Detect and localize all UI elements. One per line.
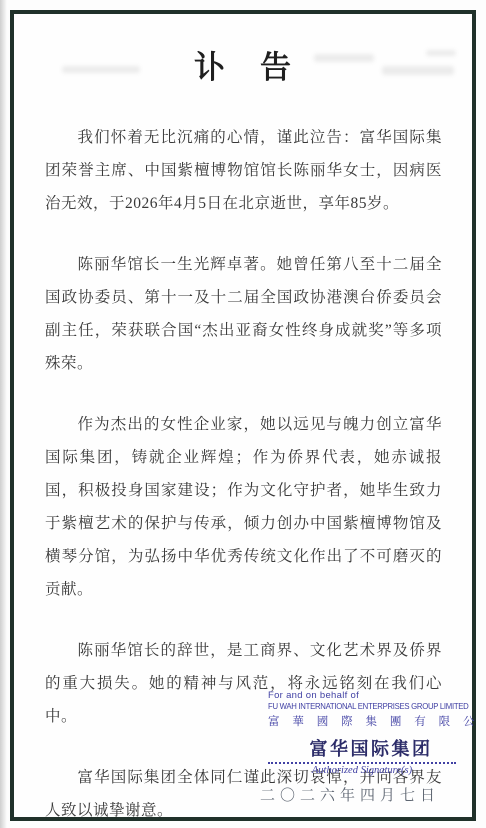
- obituary-title: 讣 告: [45, 42, 442, 87]
- obituary-paragraph: 我们怀着无比沉痛的心情，谨此泣告：富华国际集团荣誉主席、中国紫檀博物馆馆长陈丽华…: [45, 121, 442, 220]
- obituary-scan: { "document": { "title": "讣 告", "paragra…: [0, 0, 486, 828]
- company-stamp: For and on behalf of FU WAH INTERNATIONA…: [268, 690, 456, 776]
- stamp-company-name-cn: 富 華 國 際 集 團 有 限 公 司: [268, 713, 456, 729]
- obituary-date: 二〇二六年四月七日: [260, 784, 440, 805]
- signature-dotted-line: [268, 762, 456, 764]
- authorized-signature-label: Authorized Signature(s): [268, 765, 456, 776]
- obituary-page-frame: 讣 告 我们怀着无比沉痛的心情，谨此泣告：富华国际集团荣誉主席、中国紫檀博物馆馆…: [10, 10, 476, 821]
- obituary-paragraph: 陈丽华馆长一生光辉卓著。她曾任第八至十二届全国政协委员、第十一及十二届全国政协港…: [45, 248, 442, 380]
- stamp-company-name-en: FU WAH INTERNATIONAL ENTERPRISES GROUP L…: [268, 702, 450, 711]
- company-seal-text: 富华国际集团: [268, 735, 456, 761]
- obituary-paragraph: 作为杰出的女性企业家，她以远见与魄力创立富华国际集团，铸就企业辉煌；作为侨界代表…: [45, 408, 442, 606]
- stamp-behalf-line: For and on behalf of: [268, 690, 456, 701]
